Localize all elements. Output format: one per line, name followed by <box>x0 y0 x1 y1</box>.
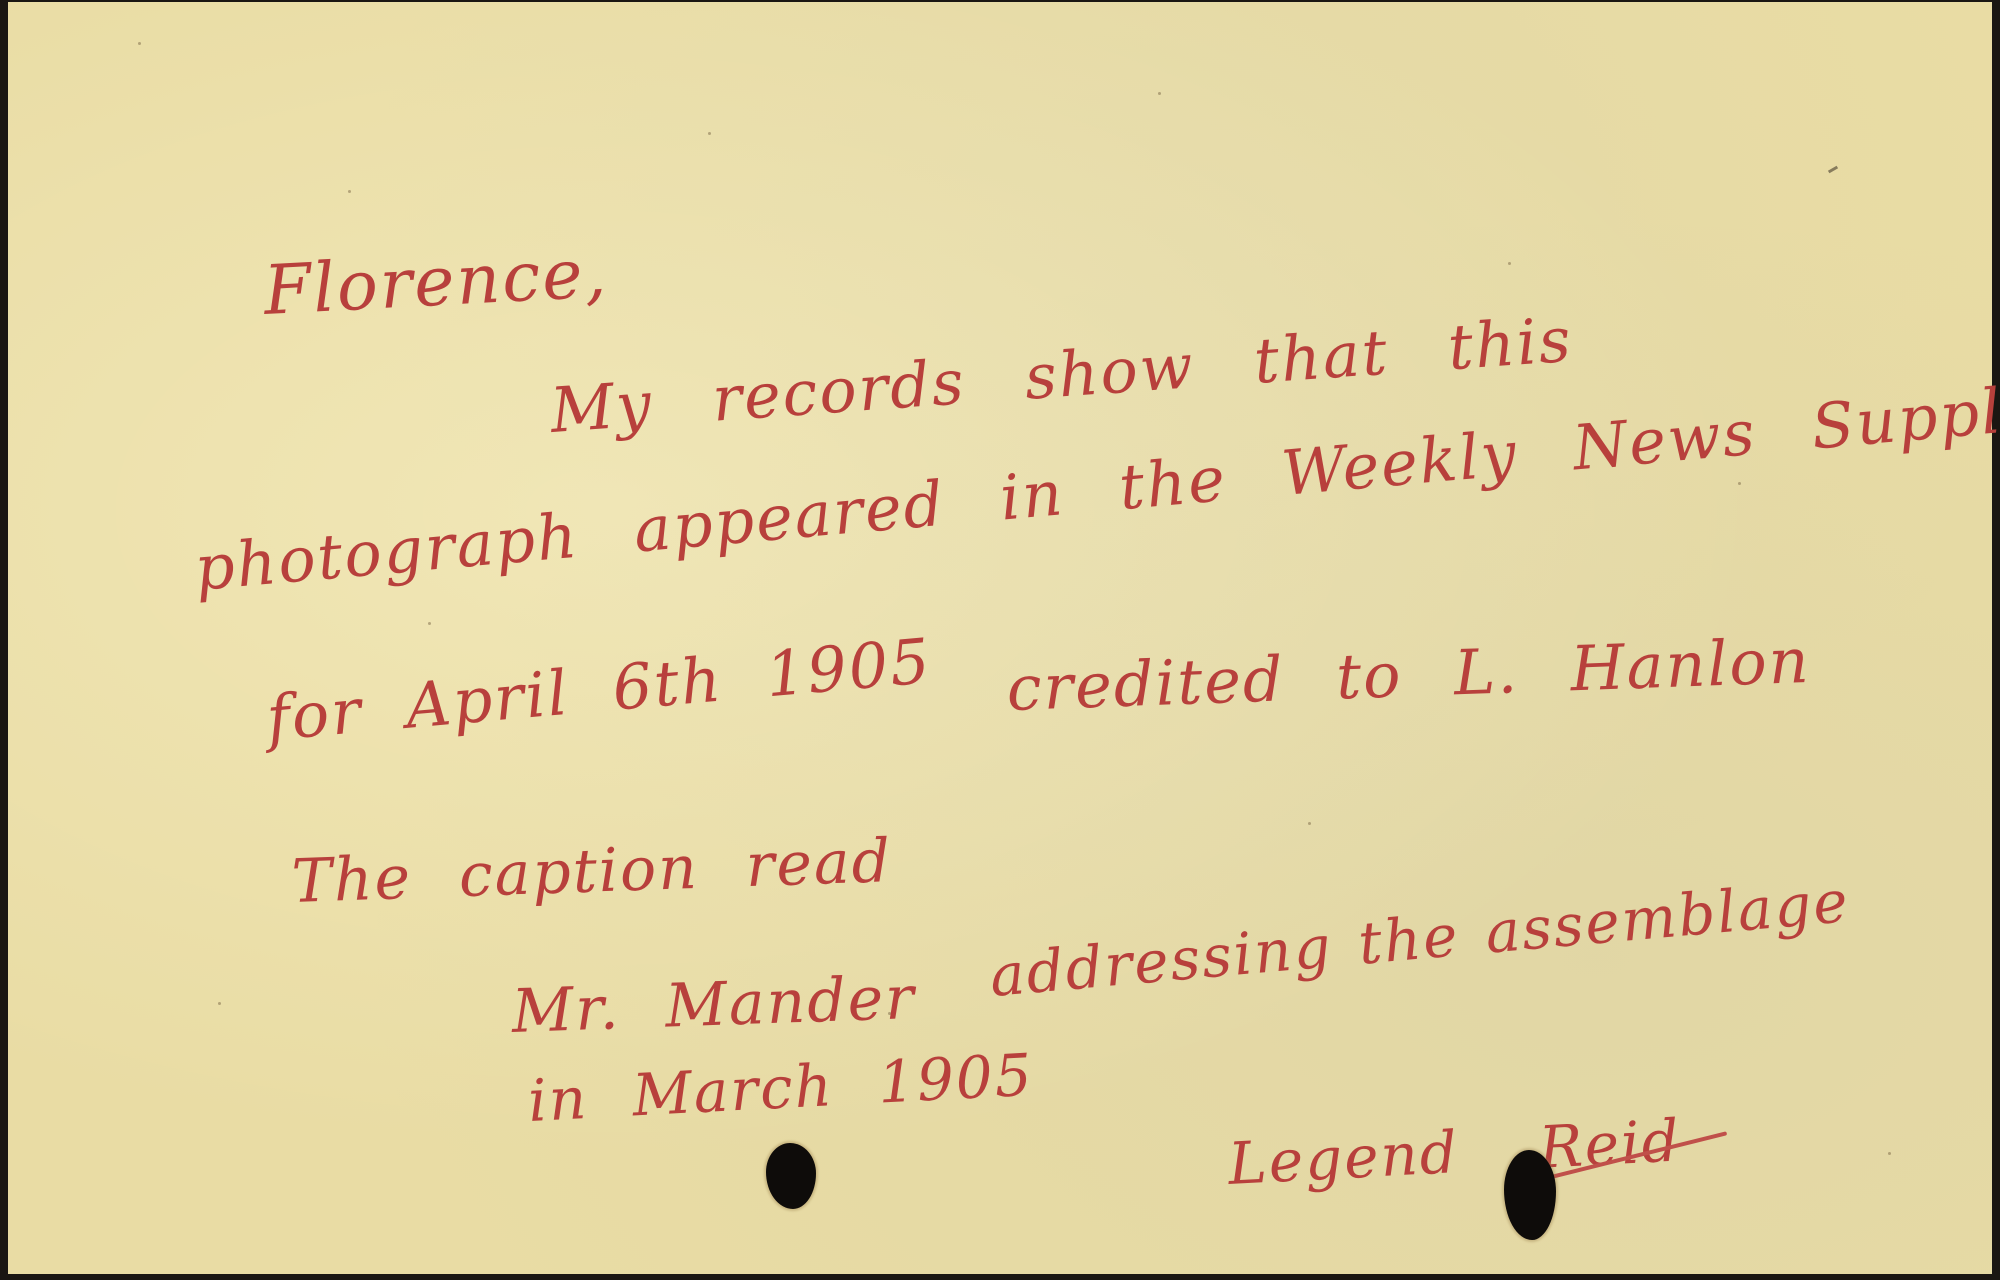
punch-hole <box>1504 1150 1556 1240</box>
paper-speck <box>348 190 351 193</box>
paper-speck <box>1738 482 1741 485</box>
body-line-3: for April 6th 1905 <box>264 624 935 755</box>
caption-intro: The caption read <box>291 826 894 917</box>
paper-speck <box>1158 92 1161 95</box>
signature-last: Reid <box>1537 1106 1682 1181</box>
paper-speck <box>1508 262 1511 265</box>
paper-speck <box>708 132 711 135</box>
note-card: Florence, My records show that this phot… <box>8 2 1992 1274</box>
paper-mark <box>1828 166 1838 174</box>
salutation: Florence, <box>262 234 610 331</box>
signature-first: Legend <box>1226 1118 1460 1198</box>
paper-speck <box>138 42 141 45</box>
body-line-4: credited to L. Hanlon <box>1005 624 1811 725</box>
paper-speck <box>1888 1152 1891 1155</box>
punch-hole <box>766 1143 816 1209</box>
caption-date: in March 1905 <box>526 1041 1035 1135</box>
caption-subject: Mr. Mander <box>511 963 917 1047</box>
paper-speck <box>428 622 431 625</box>
caption-action: addressing the assemblage <box>987 867 1852 1010</box>
paper-speck <box>1308 822 1311 825</box>
signature: Legend Reid <box>1226 1106 1682 1198</box>
paper-speck <box>218 1002 221 1005</box>
